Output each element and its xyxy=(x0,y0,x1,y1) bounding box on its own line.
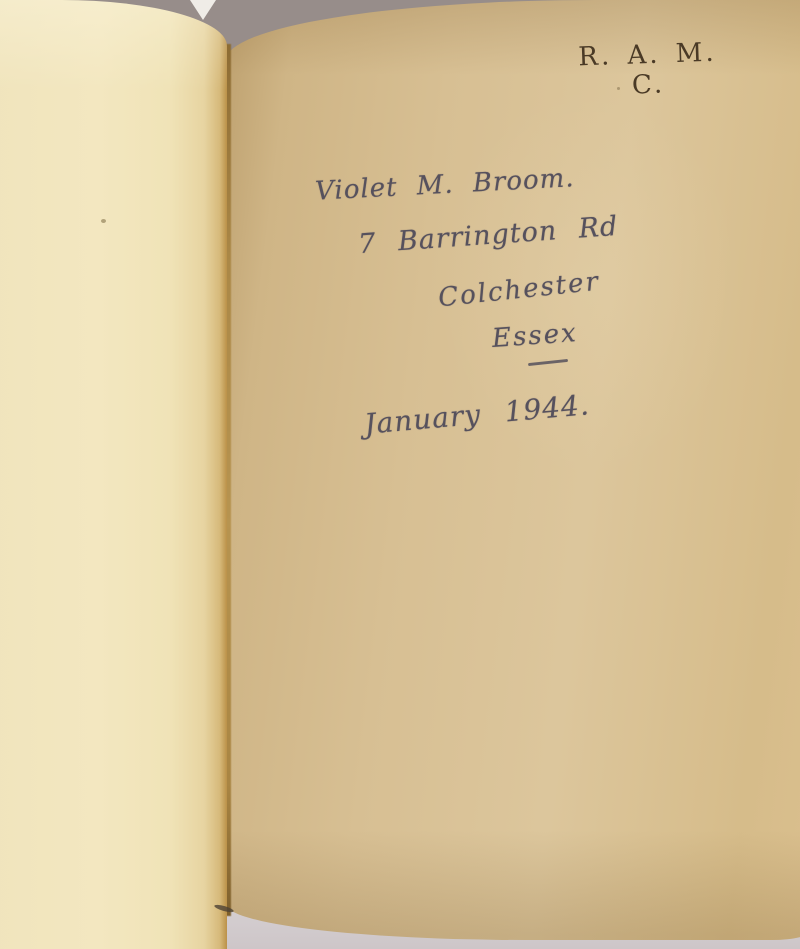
left-page xyxy=(0,0,227,949)
paper-corner xyxy=(190,0,216,20)
ramc-stamp-text: R. A. M. C. xyxy=(557,37,739,103)
paper-speck xyxy=(101,219,106,223)
book-photo: R. A. M. C. Violet M. Broom. 7 Barringto… xyxy=(0,0,800,949)
right-page xyxy=(226,0,800,940)
inscription-county: Essex xyxy=(491,318,579,354)
